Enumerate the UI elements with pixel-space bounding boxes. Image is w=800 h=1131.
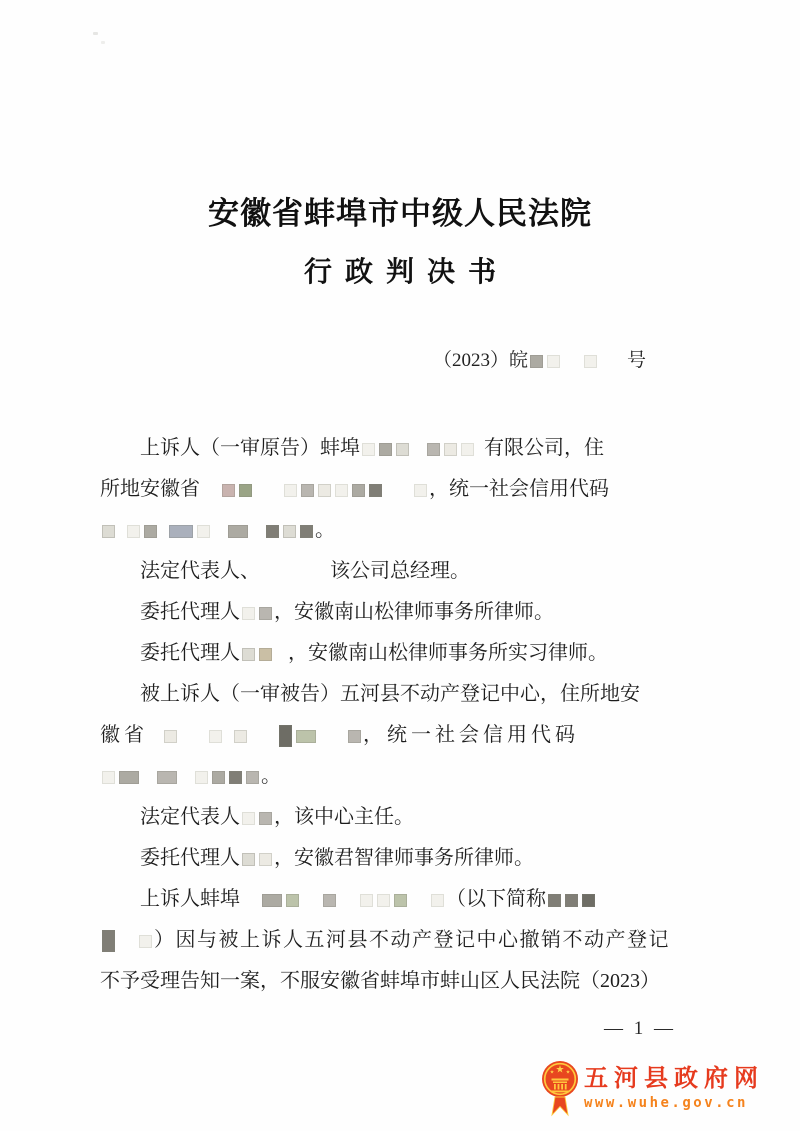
case-number-prefix: （2023）皖 bbox=[433, 350, 528, 371]
site-name: 五河县政府网 bbox=[584, 1066, 764, 1092]
redaction-box bbox=[584, 355, 597, 368]
redaction-box bbox=[352, 484, 365, 497]
redaction-box bbox=[530, 355, 543, 368]
redaction-box bbox=[362, 443, 375, 456]
redaction-box bbox=[139, 935, 152, 948]
redaction-box bbox=[396, 443, 409, 456]
redaction-box bbox=[246, 771, 259, 784]
text-line: 法定代表人，该中心主任。 bbox=[100, 797, 712, 838]
court-title: 安徽省蚌埠市中级人民法院 bbox=[0, 188, 800, 233]
redaction-box bbox=[414, 484, 427, 497]
redaction-box bbox=[360, 894, 373, 907]
redaction-box bbox=[379, 443, 392, 456]
text-line: 不予受理告知一案，不服安徽省蚌埠市蚌山区人民法院（2023） bbox=[100, 961, 712, 1002]
redaction-box bbox=[301, 484, 314, 497]
text-line: 所地安徽省，统一社会信用代码 bbox=[100, 469, 712, 510]
site-watermark: ★ ★ ★ 五河县政府网 www.wuhe.gov.cn bbox=[541, 1060, 764, 1118]
redaction-box bbox=[377, 894, 390, 907]
redaction-box bbox=[259, 607, 272, 620]
redaction-box bbox=[283, 525, 296, 538]
redaction-box bbox=[335, 484, 348, 497]
redaction-box bbox=[262, 894, 282, 907]
redaction-box bbox=[427, 443, 440, 456]
text-line: 法定代表人、该公司总经理。 bbox=[100, 551, 712, 592]
redaction-box bbox=[102, 525, 115, 538]
redaction-box bbox=[444, 443, 457, 456]
redaction-box bbox=[242, 607, 255, 620]
redaction-box bbox=[369, 484, 382, 497]
redaction-box bbox=[259, 648, 272, 661]
redaction-box bbox=[300, 525, 313, 538]
redaction-line: 。 bbox=[100, 510, 712, 551]
redaction-box bbox=[242, 853, 255, 866]
redaction-box bbox=[169, 525, 193, 538]
judgment-document-page: 安徽省蚌埠市中级人民法院 行政判决书 （2023）皖号 上诉人（一审原告）蚌埠有… bbox=[0, 0, 800, 1131]
redaction-box bbox=[119, 771, 139, 784]
redaction-box bbox=[239, 484, 252, 497]
scan-artifact bbox=[93, 32, 98, 35]
site-watermark-text: 五河县政府网 www.wuhe.gov.cn bbox=[584, 1060, 764, 1111]
redaction-box bbox=[547, 355, 560, 368]
text-line: 徽省，统一社会信用代码 bbox=[100, 715, 712, 756]
svg-text:★: ★ bbox=[556, 1065, 565, 1076]
document-body: 上诉人（一审原告）蚌埠有限公司，住 所地安徽省，统一社会信用代码 。 法定代表人… bbox=[100, 428, 712, 1002]
redaction-box bbox=[242, 812, 255, 825]
redaction-box bbox=[279, 725, 292, 747]
redaction-box bbox=[548, 894, 561, 907]
redaction-box bbox=[296, 730, 316, 743]
redaction-box bbox=[144, 525, 157, 538]
redaction-box bbox=[234, 730, 247, 743]
redaction-box bbox=[197, 525, 210, 538]
text-line: 委托代理人，安徽南山松律师事务所律师。 bbox=[100, 592, 712, 633]
svg-text:★: ★ bbox=[566, 1070, 571, 1076]
redaction-box bbox=[284, 484, 297, 497]
redaction-box bbox=[242, 648, 255, 661]
national-emblem-icon: ★ ★ ★ bbox=[541, 1060, 579, 1118]
redaction-box bbox=[461, 443, 474, 456]
text-line: 委托代理人，安徽君智律师事务所律师。 bbox=[100, 838, 712, 879]
redaction-box bbox=[266, 525, 279, 538]
redaction-box bbox=[394, 894, 407, 907]
redaction-box bbox=[164, 730, 177, 743]
case-number-line: （2023）皖号 bbox=[433, 347, 646, 375]
redaction-box bbox=[259, 853, 272, 866]
text-line: ）因与被上诉人五河县不动产登记中心撤销不动产登记 bbox=[100, 920, 712, 961]
redaction-box bbox=[212, 771, 225, 784]
text-line: 上诉人（一审原告）蚌埠有限公司，住 bbox=[100, 428, 712, 469]
text-line: 上诉人蚌埠（以下简称 bbox=[100, 879, 712, 920]
redaction-box bbox=[102, 930, 115, 952]
redaction-line: 。 bbox=[100, 756, 712, 797]
site-url: www.wuhe.gov.cn bbox=[584, 1095, 764, 1111]
redaction-box bbox=[195, 771, 208, 784]
redaction-box bbox=[259, 812, 272, 825]
page-number: — 1 — bbox=[604, 1018, 676, 1040]
case-number-suffix: 号 bbox=[627, 350, 646, 371]
scan-artifact bbox=[101, 41, 105, 44]
redaction-box bbox=[318, 484, 331, 497]
redaction-box bbox=[157, 771, 177, 784]
text-line: 委托代理人，安徽南山松律师事务所实习律师。 bbox=[100, 633, 712, 674]
redaction-box bbox=[565, 894, 578, 907]
redaction-box bbox=[209, 730, 222, 743]
document-type-title: 行政判决书 bbox=[0, 250, 800, 290]
text-line: 被上诉人（一审被告）五河县不动产登记中心，住所地安 bbox=[100, 674, 712, 715]
svg-text:★: ★ bbox=[550, 1070, 555, 1076]
redaction-box bbox=[229, 771, 242, 784]
redaction-box bbox=[127, 525, 140, 538]
redaction-box bbox=[348, 730, 361, 743]
redaction-box bbox=[222, 484, 235, 497]
redaction-box bbox=[286, 894, 299, 907]
redaction-box bbox=[102, 771, 115, 784]
redaction-box bbox=[228, 525, 248, 538]
redaction-box bbox=[323, 894, 336, 907]
redaction-box bbox=[431, 894, 444, 907]
redaction-box bbox=[582, 894, 595, 907]
